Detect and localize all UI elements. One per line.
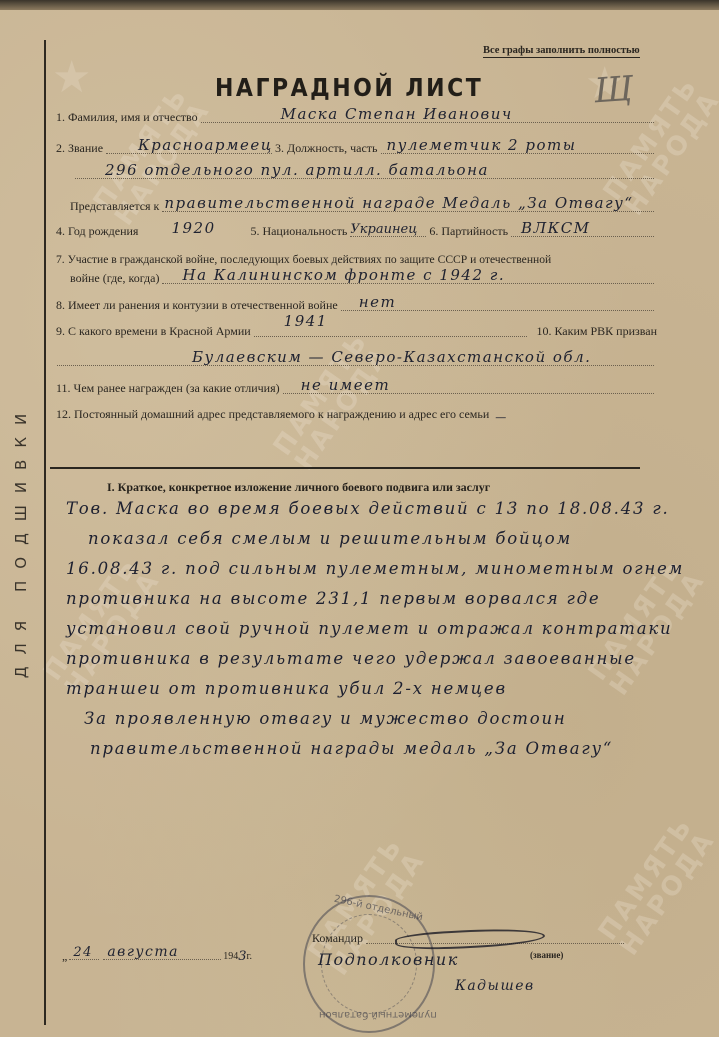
date-day: 24 — [73, 945, 93, 960]
field-label: 12. Постоянный домашний адрес представля… — [56, 407, 489, 424]
field-value: 296 отдельного пул. артилл. батальона — [105, 161, 489, 179]
field-label: 2. Звание — [56, 141, 103, 158]
section-divider — [50, 467, 640, 469]
field-birth-nationality-party: 4. Год рождения 1920 5. Национальность У… — [56, 221, 657, 241]
narrative-text: Тов. Маска во время боевых действий с 13… — [66, 494, 716, 764]
signing-date: „ 24 августа 194 3 г. — [62, 942, 252, 964]
section-title: I. Краткое, конкретное изложение личного… — [107, 480, 490, 495]
binding-label: ДЛЯ ПОДШИВКИ — [6, 390, 36, 690]
field-value: ВЛКСМ — [521, 219, 591, 237]
narrative-line: установил свой ручной пулемет и отражал … — [66, 614, 716, 644]
field-nominated: Представляется к правительственной награ… — [70, 196, 657, 216]
narrative-line: траншеи от противника убил 2-х немцев — [66, 674, 716, 704]
date-month: августа — [107, 944, 179, 960]
field-draft-office-cont: Булаевским — Северо-Казахстанской обл. — [54, 350, 657, 370]
field-army-since: 9. С какого времени в Красной Армии 1941… — [56, 321, 657, 341]
field-value: Красноармеец — [138, 136, 273, 154]
field-label: 5. Национальность — [250, 224, 347, 241]
field-value-line: нет — [341, 291, 654, 311]
fill-instruction: Все графы заполнить полностью — [483, 45, 640, 58]
watermark-star-icon: ★ — [52, 52, 91, 103]
field-value-line: 1941 — [254, 317, 528, 337]
field-value: — — [495, 411, 508, 424]
field-value-line: ВЛКСМ — [511, 217, 654, 237]
field-value-line: На Калининском фронте с 1942 г. — [162, 264, 654, 284]
date-year-suffix: 3 — [238, 949, 246, 964]
commander-name: Кадышев — [455, 978, 535, 994]
field-value-line: Украинец — [350, 217, 426, 237]
field-label: 3. Должность, часть — [275, 141, 377, 158]
field-value-line: пулеметчик 2 роты — [381, 134, 655, 154]
field-label: 11. Чем ранее награжден (за какие отличи… — [56, 381, 280, 398]
binding-margin-line — [44, 40, 46, 1025]
field-value: Украинец — [350, 222, 417, 237]
narrative-line: показал себя смелым и решительным бойцом — [66, 524, 716, 554]
date-day-line: 24 — [69, 938, 99, 960]
field-home-address: 12. Постоянный домашний адрес представля… — [56, 404, 657, 424]
field-value: не имеет — [301, 376, 391, 394]
field-value-line: правительственной награде Медаль „За Отв… — [162, 192, 654, 212]
field-label: 9. С какого времени в Красной Армии — [56, 324, 251, 341]
scan-edge — [0, 0, 719, 10]
narrative-line: Тов. Маска во время боевых действий с 13… — [66, 494, 716, 524]
field-rank-position: 2. Звание Красноармеец 3. Должность, час… — [56, 138, 657, 158]
field-value-line: 1920 — [141, 217, 247, 237]
narrative-line: противника в результате чего удержал зав… — [66, 644, 716, 674]
field-value-line: не имеет — [283, 374, 654, 394]
field-label: 6. Партийность — [429, 224, 508, 241]
field-wounds: 8. Имеет ли ранения и контузии в отечест… — [56, 295, 657, 315]
rank-caption: (звание) — [530, 950, 563, 960]
commander-label: Командир — [312, 931, 363, 948]
field-value-line: Булаевским — Северо-Казахстанской обл. — [57, 346, 654, 366]
field-label: 4. Год рождения — [56, 224, 138, 241]
narrative-line: противника на высоте 231,1 первым ворвал… — [66, 584, 716, 614]
date-suffix: г. — [247, 951, 252, 964]
field-value-line: Красноармеец — [106, 134, 272, 154]
field-label: 10. Каким РВК призван — [536, 324, 657, 341]
date-quote: „ — [62, 949, 67, 964]
field-value-line: 296 отдельного пул. артилл. батальона — [75, 159, 654, 179]
narrative-line: 16.08.43 г. под сильным пулеметным, мино… — [66, 554, 716, 584]
field-value: правительственной награде Медаль „За Отв… — [164, 194, 633, 212]
field-value: На Калининском фронте с 1942 г. — [182, 266, 505, 284]
narrative-line: За проявленную отвагу и мужество достоин — [66, 704, 716, 734]
field-label: 1. Фамилия, имя и отчество — [56, 110, 198, 127]
narrative-line: правительственной награды медаль „За Отв… — [66, 734, 716, 764]
stamp-text: пулеметный батальон — [319, 1009, 437, 1020]
field-prior-awards: 11. Чем ранее награжден (за какие отличи… — [56, 378, 657, 398]
commander-rank: Подполковник — [318, 950, 459, 969]
date-year-prefix: 194 — [223, 951, 238, 964]
field-value: нет — [359, 293, 396, 311]
field-value: Маска Степан Иванович — [281, 105, 513, 123]
field-value-line: Маска Степан Иванович — [201, 103, 654, 123]
date-month-line: августа — [103, 938, 221, 960]
field-value: Булаевским — Северо-Казахстанской обл. — [192, 348, 591, 366]
field-value: 1920 — [171, 219, 215, 237]
field-value: 1941 — [284, 312, 328, 330]
field-label: войне (где, когда) — [70, 271, 159, 288]
field-war-participation-cont: войне (где, когда) На Калининском фронте… — [70, 268, 657, 288]
field-label: Представляется к — [70, 199, 159, 216]
document-title: НАГРАДНОЙ ЛИСТ — [215, 74, 483, 103]
field-position-cont: 296 отдельного пул. артилл. батальона — [72, 163, 657, 183]
field-name: 1. Фамилия, имя и отчество Маска Степан … — [56, 107, 657, 127]
field-value: пулеметчик 2 роты — [387, 136, 577, 154]
